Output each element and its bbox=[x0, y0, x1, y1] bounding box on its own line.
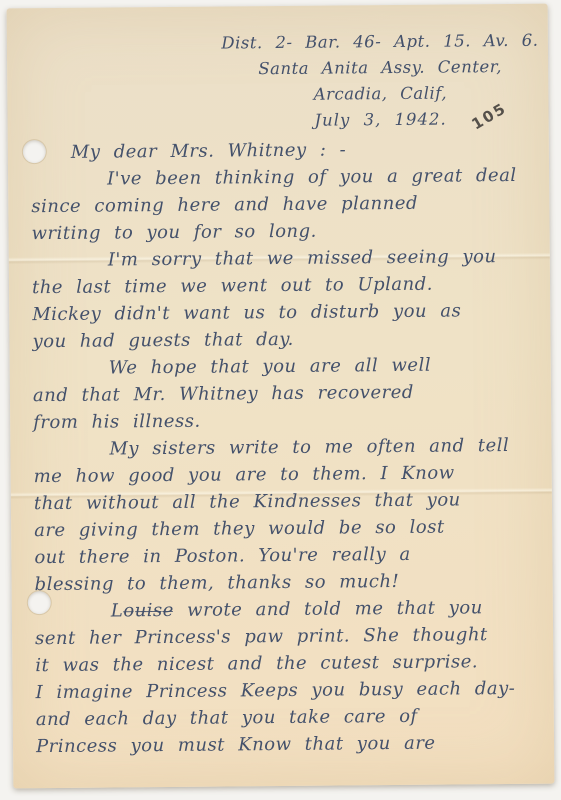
salutation: My dear Mrs. Whitney : - bbox=[71, 135, 535, 166]
address-line: Dist. 2- Bar. 46- Apt. 15. Av. 6. bbox=[219, 28, 541, 57]
scan-background: Dist. 2- Bar. 46- Apt. 15. Av. 6.Santa A… bbox=[0, 0, 561, 800]
letter-paragraph: Lo̶u̶i̶s̶e̶ wrote and told me that youse… bbox=[35, 594, 540, 760]
letter-paragraph: My sisters write to me often and tellme … bbox=[33, 432, 538, 598]
letter-line: My sisters write to me often and tell bbox=[33, 432, 537, 463]
letter-paragraph: We hope that you are all welland that Mr… bbox=[33, 351, 538, 436]
letter-paragraph: I'm sorry that we missed seeing youthe l… bbox=[32, 243, 537, 355]
letter-paragraph: I've been thinking of you a great dealsi… bbox=[31, 162, 536, 247]
letter-line: Mickey didn't want us to disturb you as bbox=[32, 297, 536, 328]
letter-line: I'm sorry that we missed seeing you bbox=[32, 243, 536, 274]
letter-body: My dear Mrs. Whitney : - I've been think… bbox=[31, 135, 540, 760]
letter-line: I've been thinking of you a great deal bbox=[31, 162, 535, 193]
letter-paper: Dist. 2- Bar. 46- Apt. 15. Av. 6.Santa A… bbox=[7, 4, 555, 789]
letter-line: I imagine Princess Keeps you busy each d… bbox=[35, 675, 539, 706]
letter-line: Princess you must Know that you are bbox=[36, 729, 540, 760]
address-lines: Dist. 2- Bar. 46- Apt. 15. Av. 6.Santa A… bbox=[219, 28, 542, 109]
letter-paragraphs: I've been thinking of you a great dealsi… bbox=[31, 162, 540, 760]
address-line: Santa Anita Assy. Center, bbox=[219, 54, 541, 83]
